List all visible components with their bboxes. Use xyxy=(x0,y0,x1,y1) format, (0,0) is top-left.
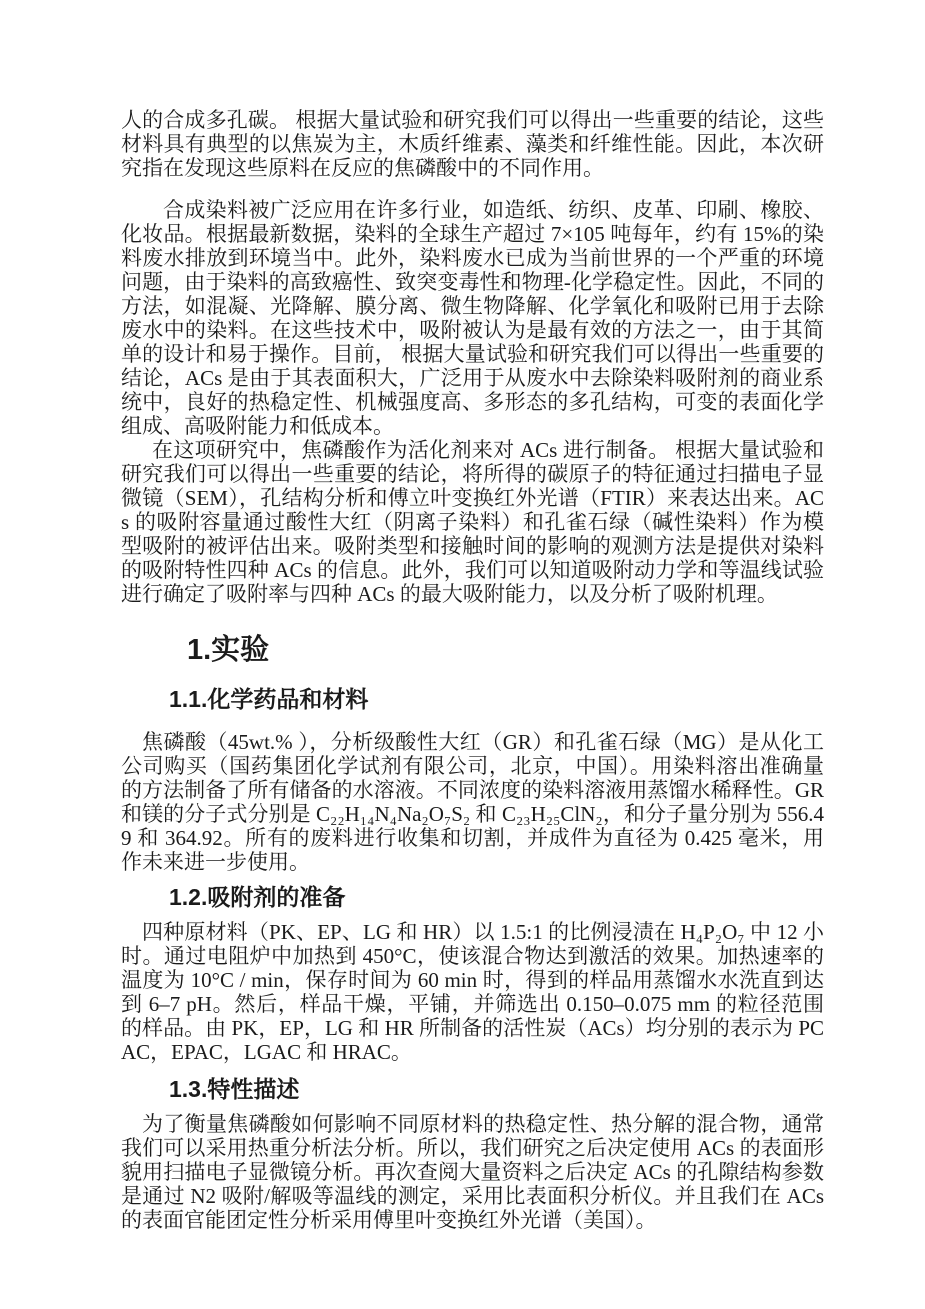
subsection-heading-adsorbent-preparation: 1.2.吸附剂的准备 xyxy=(169,882,824,912)
subsection-heading-characterization: 1.3.特性描述 xyxy=(169,1074,824,1104)
section-heading-experiment: 1.实验 xyxy=(187,632,824,668)
subsection-paragraph-characterization: 为了衡量焦磷酸如何影响不同原材料的热稳定性、热分解的混合物，通常我们可以采用热重… xyxy=(121,1112,824,1232)
intro-paragraph-study-overview: 在这项研究中，焦磷酸作为活化剂来对 ACs 进行制备。 根据大量试验和研究我们可… xyxy=(121,438,824,606)
intro-paragraph-continuation: 人的合成多孔碳。 根据大量试验和研究我们可以得出一些重要的结论，这些材料具有典型… xyxy=(121,108,824,180)
intro-paragraph-dye-background: 合成染料被广泛应用在许多行业，如造纸、纺织、皮革、印刷、橡胶、化妆品。根据最新数… xyxy=(121,198,824,438)
subsection-heading-chemicals-materials: 1.1.化学药品和材料 xyxy=(169,684,824,714)
subsection-paragraph-adsorbent-preparation: 四种原材料（PK、EP、LG 和 HR）以 1.5:1 的比例浸渍在 H₄P₂O… xyxy=(121,920,824,1064)
subsection-paragraph-chemicals-materials: 焦磷酸（45wt.% ），分析级酸性大红（GR）和孔雀石绿（MG）是从化工公司购… xyxy=(121,730,824,874)
document-page: 人的合成多孔碳。 根据大量试验和研究我们可以得出一些重要的结论，这些材料具有典型… xyxy=(0,0,925,1309)
